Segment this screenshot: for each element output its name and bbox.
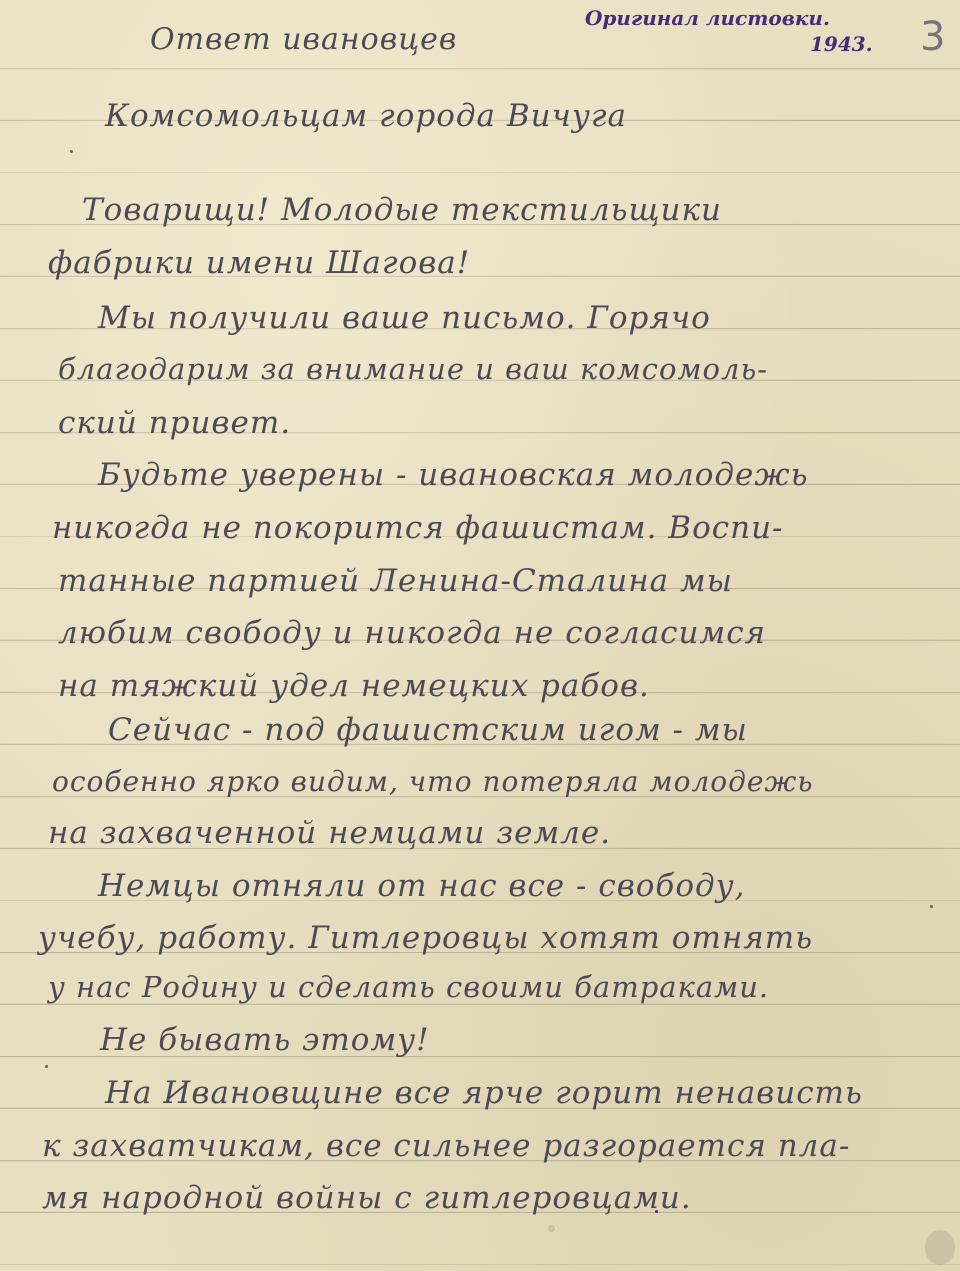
text-line: особенно ярко видим, что потеряла молоде… <box>52 765 814 798</box>
text-line: Немцы отняли от нас все - свободу, <box>98 868 745 904</box>
text-line: учебу, работу. Гитлеровцы хотят отнять <box>38 920 813 956</box>
text-line: на захваченной немцами земле. <box>48 815 611 851</box>
text-line: танные партией Ленина-Сталина мы <box>58 563 733 599</box>
text-line: Будьте уверены - ивановская молодежь <box>98 457 809 493</box>
text-line: Сейчас - под фашистским игом - мы <box>108 712 748 748</box>
paper-speck <box>70 150 73 153</box>
text-line: Мы получили ваше письмо. Горячо <box>98 300 711 336</box>
page-number: 3 <box>920 14 945 60</box>
archive-annotation-line1: Оригинал листовки. <box>585 6 830 30</box>
paper-stain <box>548 1225 555 1232</box>
text-line: благодарим за внимание и ваш комсомоль- <box>58 352 768 386</box>
text-line: мя народной войны с гитлеровцами. <box>42 1180 692 1216</box>
paper-speck <box>45 1065 48 1068</box>
document-page: 3 Оригинал листовки. 1943. Ответ ивановц… <box>0 0 960 1271</box>
document-title-line2: Комсомольцам города Вичуга <box>105 98 627 134</box>
archive-annotation-line2: 1943. <box>810 32 873 56</box>
text-line: к захватчикам, все сильнее разгорается п… <box>42 1128 850 1164</box>
text-line: у нас Родину и сделать своими батраками. <box>48 970 769 1004</box>
paper-speck <box>930 905 933 908</box>
text-line: На Ивановщине все ярче горит ненависть <box>105 1075 863 1111</box>
text-line: Товарищи! Молодые текстильщики <box>82 192 722 228</box>
text-line: Не бывать этому! <box>100 1022 430 1058</box>
text-line: ский привет. <box>58 405 291 441</box>
text-line: никогда не покорится фашистам. Воспи- <box>52 510 784 546</box>
text-line: любим свободу и никогда не согласимся <box>58 615 766 651</box>
text-line: на тяжкий удел немецких рабов. <box>58 668 650 704</box>
document-title-line1: Ответ ивановцев <box>150 22 457 57</box>
text-line: фабрики имени Шагова! <box>48 245 470 281</box>
paper-wear <box>925 1230 955 1265</box>
ink-speck <box>655 1210 658 1213</box>
